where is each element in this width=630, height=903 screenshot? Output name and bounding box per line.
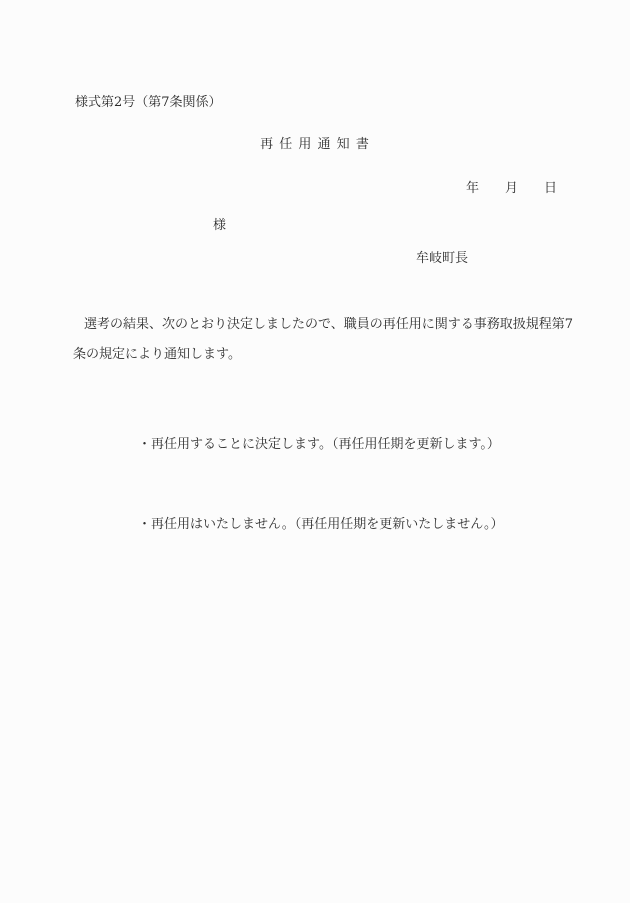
- body-paragraph: 選考の結果、次のとおり決定しましたので、職員の再任用に関する事務取扱規程第7 条…: [73, 310, 573, 370]
- decision-option-renew: ・再任用することに決定します。（再任用任期を更新します。）: [138, 437, 500, 452]
- body-line-2: 条の規定により通知します。: [73, 340, 573, 370]
- sender-title: 牟岐町長: [416, 251, 468, 266]
- date-line: 年 月 日: [466, 181, 557, 196]
- form-number: 様式第2号（第7条関係）: [75, 95, 222, 110]
- body-line-1: 選考の結果、次のとおり決定しましたので、職員の再任用に関する事務取扱規程第7: [73, 310, 573, 340]
- document-page: 様式第2号（第7条関係） 再 任 用 通 知 書 年 月 日 様 牟岐町長 選考…: [0, 0, 630, 903]
- decision-option-no-renew: ・再任用はいたしません。（再任用任期を更新いたしません。）: [138, 517, 504, 532]
- document-title: 再 任 用 通 知 書: [0, 137, 630, 152]
- addressee-suffix: 様: [213, 218, 226, 233]
